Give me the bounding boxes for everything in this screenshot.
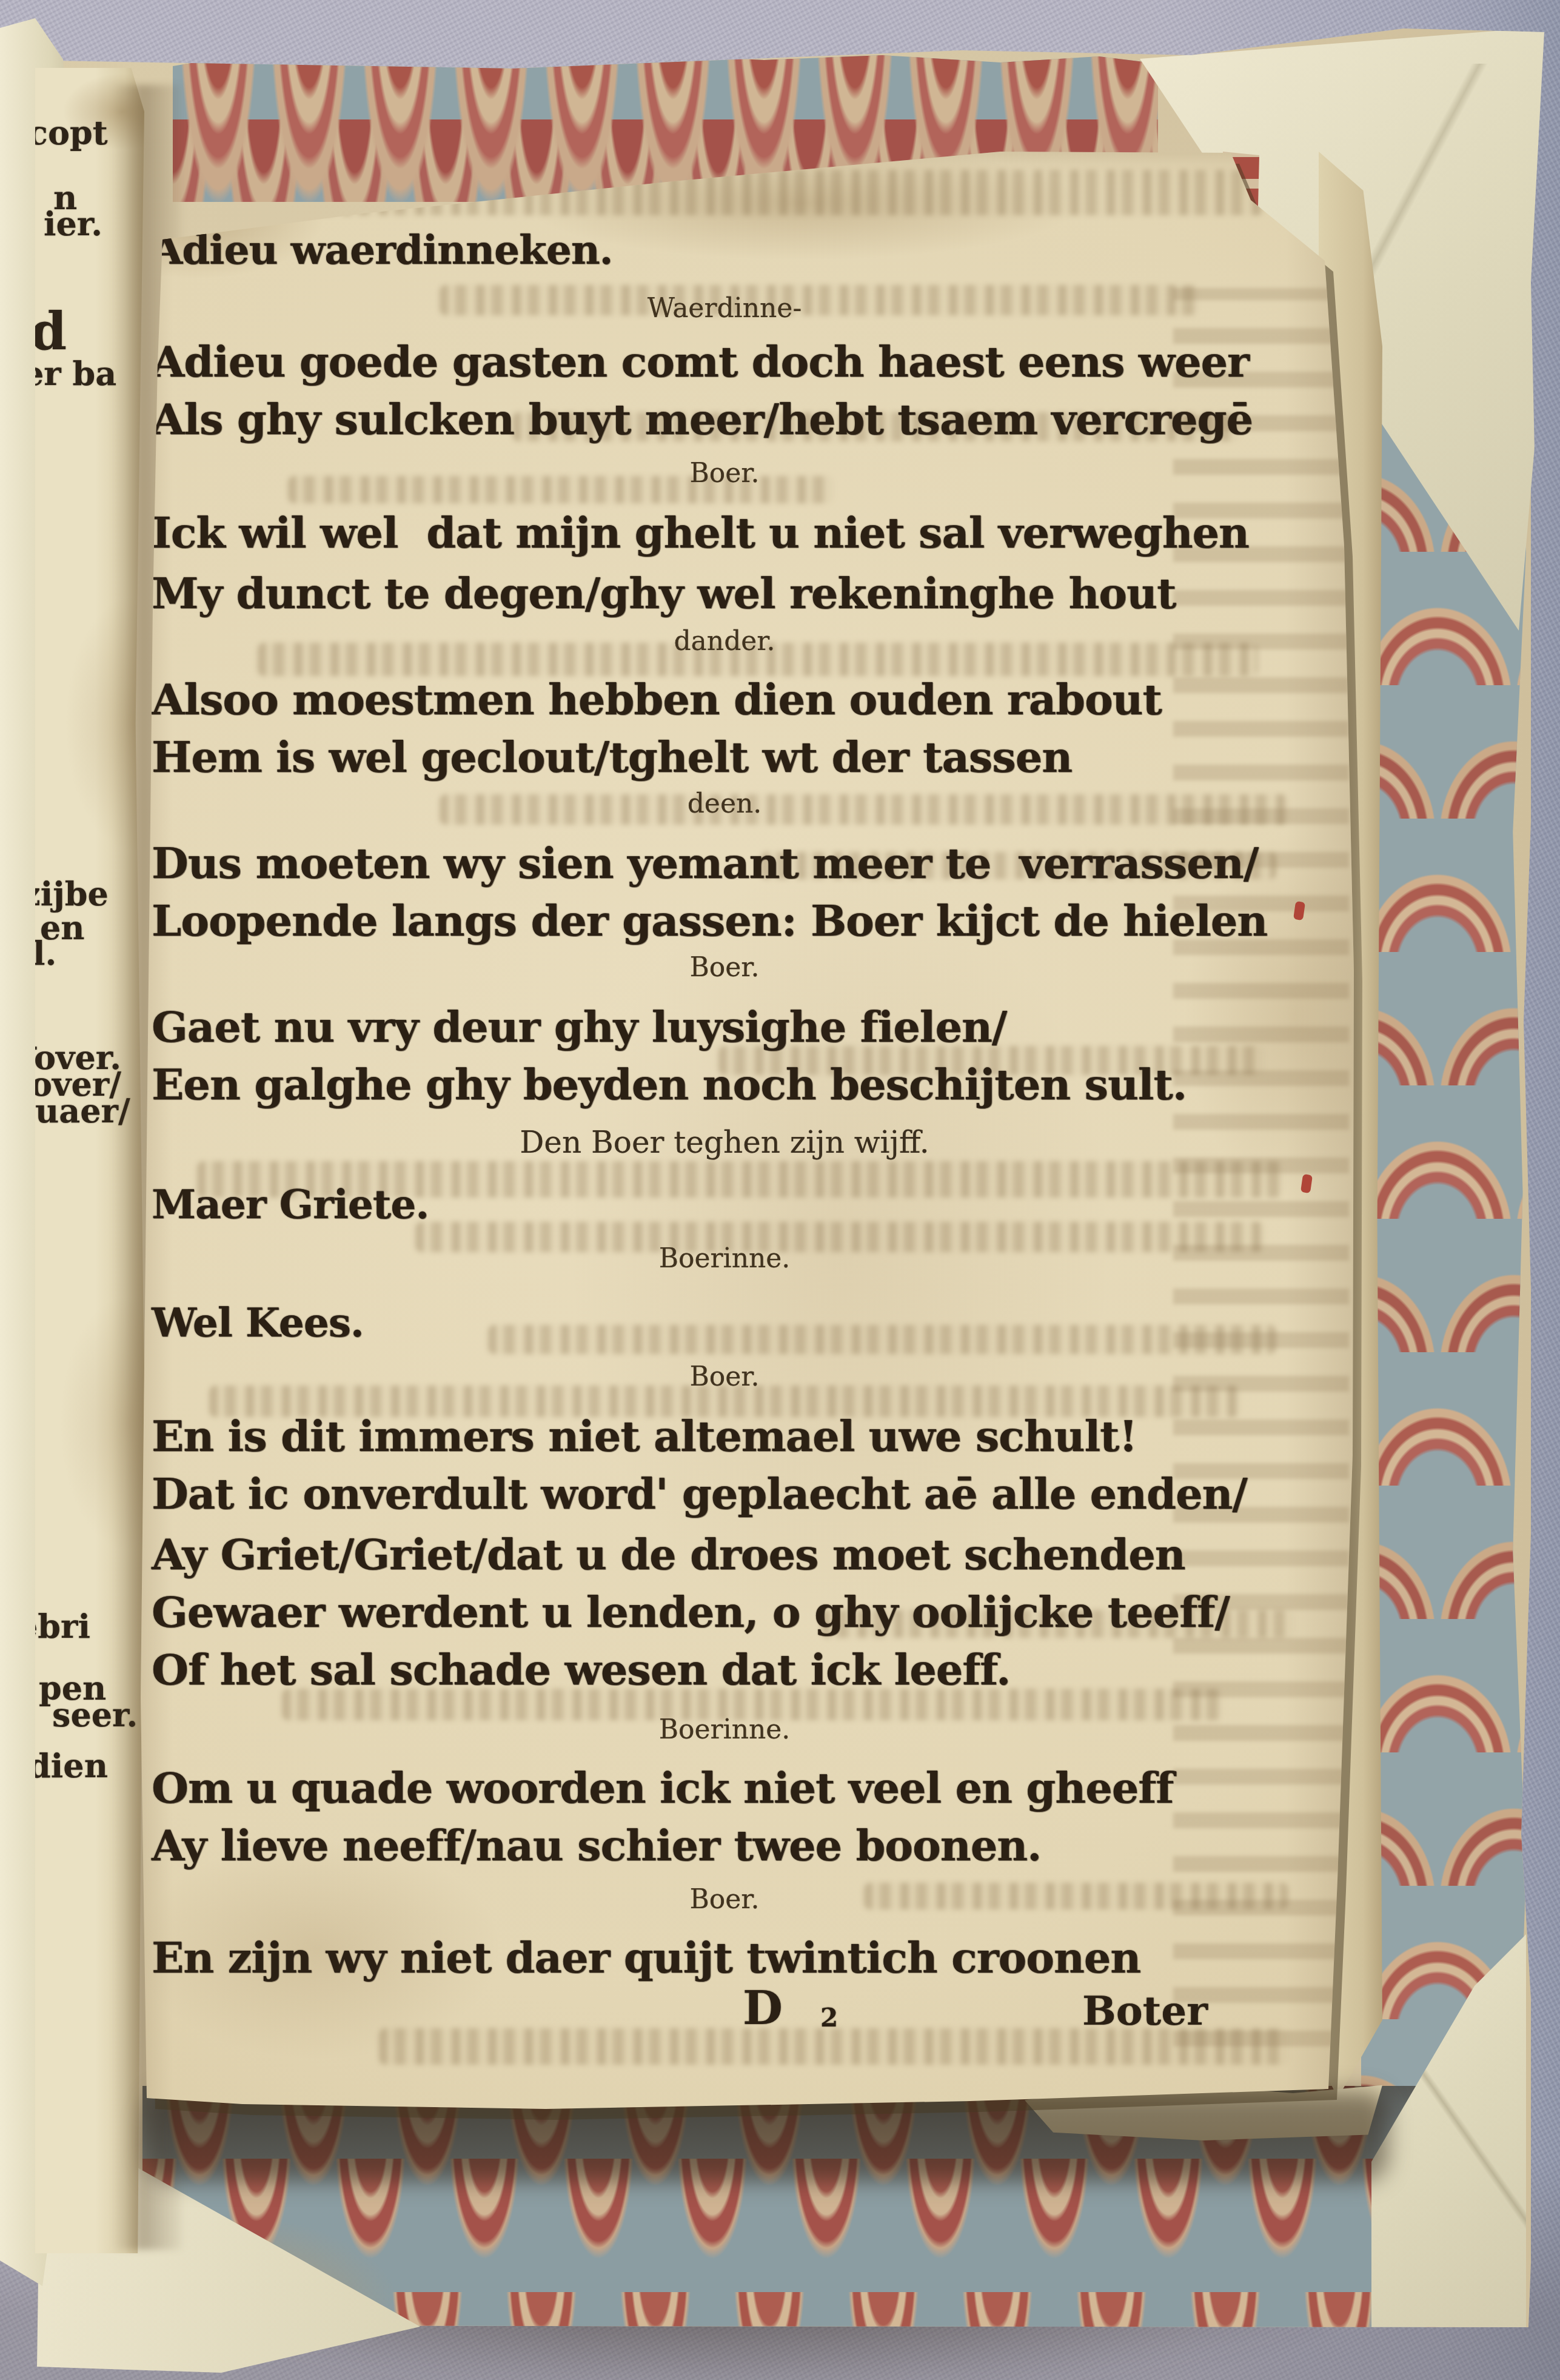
page-fragment: er ba [35, 354, 116, 393]
verse-line: Loopende langs der gassen: Boer kijct de… [152, 896, 1267, 946]
book-photo: copt n ier. d er ba zijbe en l. l over. … [0, 0, 1560, 2380]
catchword: Boter [1082, 1987, 1208, 2034]
verse-line: Een galghe ghy beyden noch beschijten su… [152, 1059, 1187, 1110]
verse-line: Alsoo moestmen hebben dien ouden rabout [152, 674, 1162, 725]
page-fragment: ier. [44, 204, 102, 243]
speech-heading: Maer Griete. [152, 1181, 429, 1228]
stage-direction: Boer. [152, 952, 1297, 983]
stage-direction: Boer. [152, 1361, 1297, 1392]
showthrough-ghost [488, 1325, 1276, 1354]
verse-line: Of het sal schade wesen dat ick leeff. [152, 1644, 1010, 1695]
verse-line: Ay lieve neeff/nau schier twee boonen. [152, 1820, 1041, 1871]
speech-heading: Wel Kees. [152, 1299, 364, 1346]
signature-mark: D [743, 1981, 783, 2035]
stage-direction: dander. [152, 626, 1297, 657]
page-fragment: zijbe [35, 874, 109, 913]
verse-line: My dunct te degen/ghy wel rekeninghe hou… [152, 568, 1176, 618]
stage-direction: Boer. [152, 1884, 1297, 1915]
signature-number: 2 [820, 2003, 838, 2033]
verse-line: Hem is wel geclout/tghelt wt der tassen [152, 732, 1072, 782]
book-page: Adieu waerdinneken. Waerdinne- Adieu goe… [124, 136, 1358, 2119]
page-fragment: l. [35, 934, 56, 973]
stage-direction: Boerinne. [152, 1714, 1297, 1745]
stage-direction: Boerinne. [152, 1243, 1297, 1274]
verse-line: En zijn wy niet daer quijt twintich croo… [152, 1932, 1140, 1983]
verse-line: Ick wil wel dat mijn ghelt u niet sal ve… [152, 508, 1249, 558]
speech-heading: Adieu waerdinneken. [152, 226, 613, 273]
verse-line: Dat ic onverdult word' geplaecht aē alle… [152, 1469, 1247, 1519]
page-fragment: d [35, 301, 67, 363]
verse-line: Ay Griet/Griet/dat u de droes moet schen… [152, 1529, 1185, 1580]
verse-line: Om u quade woorden ick niet veel en ghee… [152, 1763, 1173, 1813]
page-fragment: ebri [35, 1607, 90, 1646]
verse-line: Dus moeten wy sien yemant meer te verras… [152, 838, 1258, 888]
page-fragment: copt [35, 113, 108, 152]
verse-line: En is dit immers niet altemael uwe schul… [152, 1411, 1137, 1461]
verse-line: Gewaer werdent u lenden, o ghy oolijcke … [152, 1587, 1230, 1637]
stage-direction: deen. [152, 788, 1297, 819]
page-fragment: dien [35, 1746, 108, 1785]
stage-direction: Den Boer teghen zijn wijff. [152, 1125, 1297, 1160]
verse-line: Adieu goede gasten comt doch haest eens … [152, 337, 1249, 387]
stage-direction: Boer. [152, 458, 1297, 489]
verse-line: Als ghy sulcken buyt meer/hebt tsaem ver… [152, 394, 1253, 444]
verse-line: Gaet nu vry deur ghy luysighe fielen/ [152, 1002, 1006, 1052]
stage-direction: Waerdinne- [152, 293, 1297, 324]
